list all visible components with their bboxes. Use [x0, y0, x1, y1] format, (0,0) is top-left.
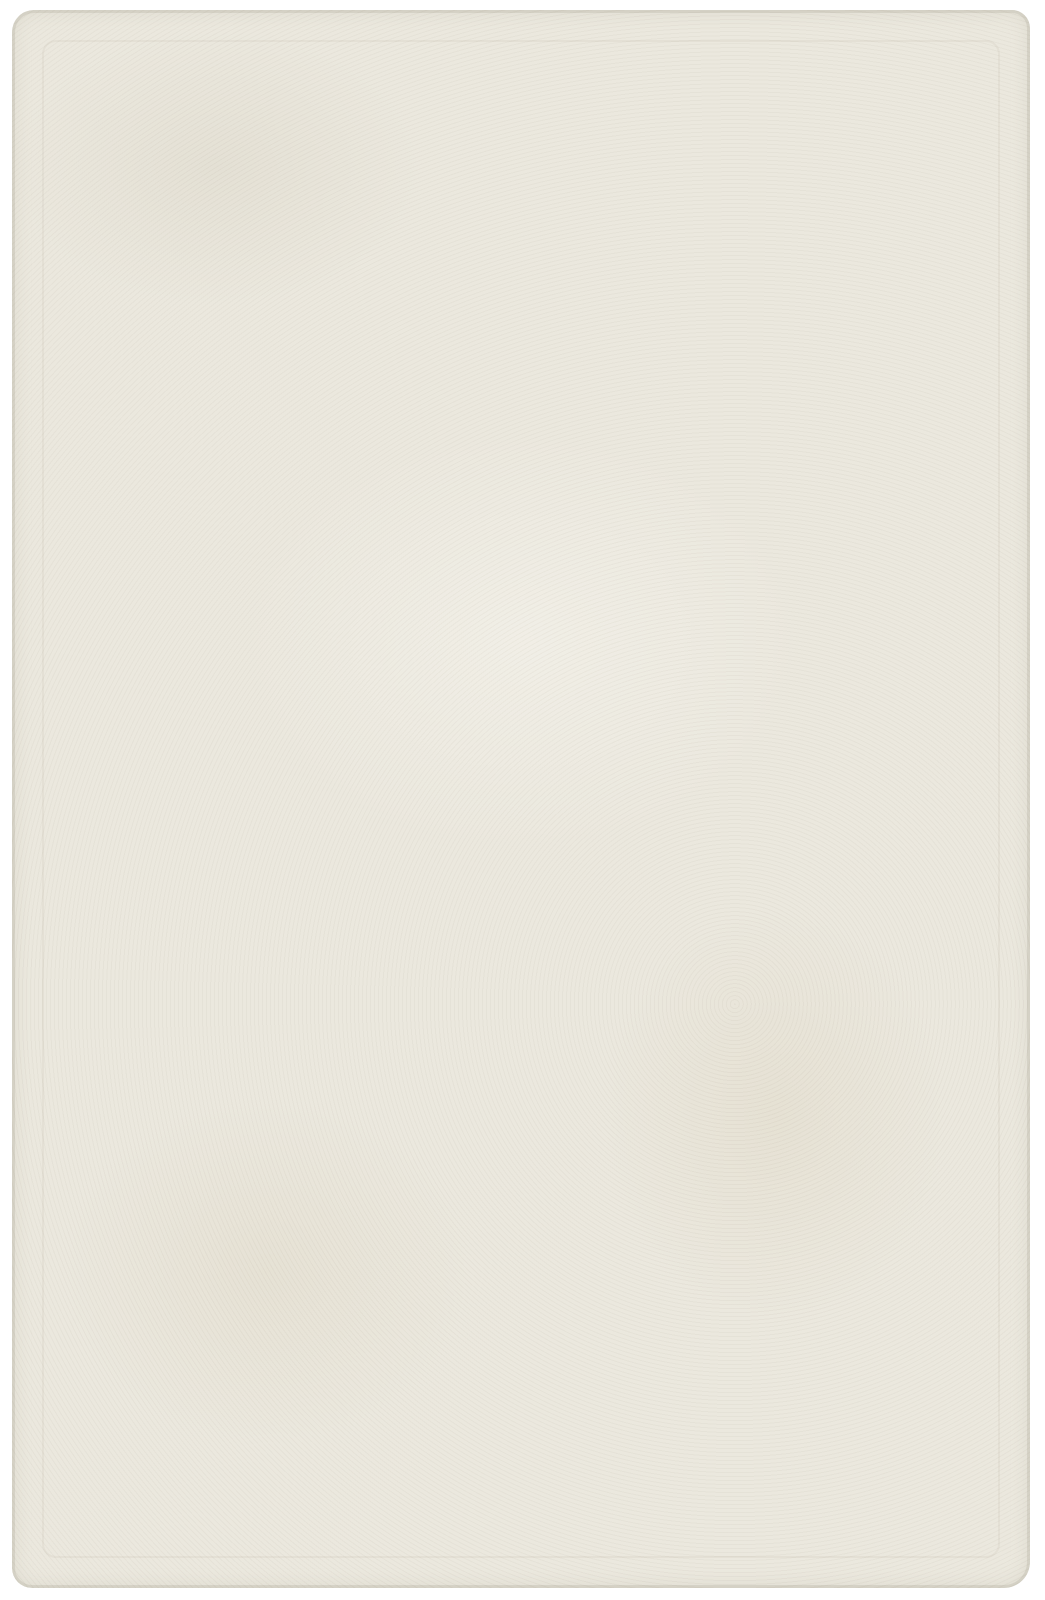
rug — [12, 10, 1030, 1588]
rug-border — [42, 40, 1000, 1558]
